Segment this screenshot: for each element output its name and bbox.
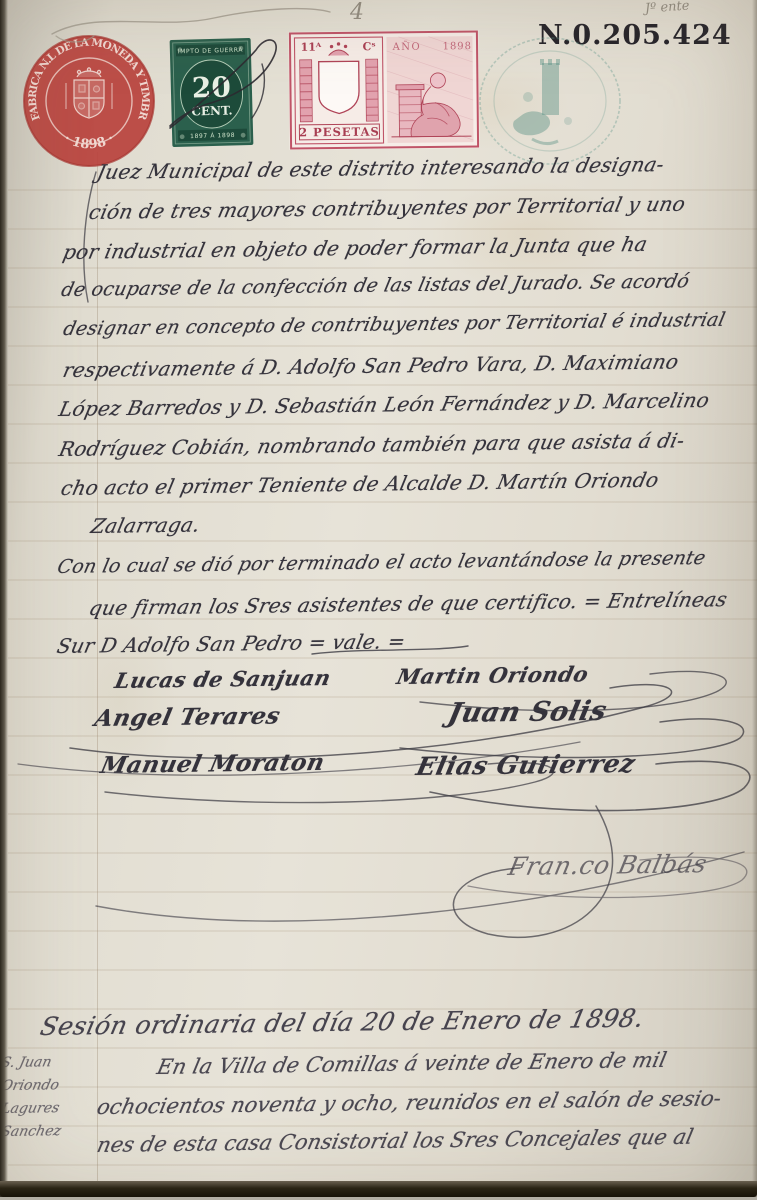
margin-attendee: Lagures bbox=[0, 1100, 61, 1117]
signature: Lucas de Sanjuan bbox=[113, 665, 334, 693]
revenue-year: 1898 bbox=[442, 41, 472, 52]
revenue-denomination: 2 PESETAS bbox=[299, 125, 380, 140]
signature: Manuel Moraton bbox=[98, 749, 327, 779]
tower-icon bbox=[513, 59, 572, 144]
signature: Angel Terares bbox=[92, 702, 283, 732]
war-tax-value: 20 bbox=[191, 70, 231, 104]
entry-line: Zalarraga. bbox=[89, 512, 203, 538]
revenue-stamp: 11ᴬ Cˢ 2 PESETAS AÑO 1898 bbox=[288, 30, 479, 150]
page-edge-right bbox=[752, 0, 757, 1200]
margin-attendee: Oriondo bbox=[0, 1077, 61, 1094]
revenue-year-label: AÑO bbox=[391, 41, 421, 53]
mint-seal: FABRICA N.L DE LA MONEDA Y TIMBRE · 1898… bbox=[18, 30, 160, 172]
pencil-note-right: Jº ente bbox=[645, 0, 690, 17]
signature: Martin Oriondo bbox=[395, 661, 592, 689]
signature: Juan Solis bbox=[445, 696, 609, 729]
war-tax-stamp: IMPTO DE GUERRA 20 CENT. 1897 Á 1898 bbox=[170, 38, 254, 147]
revenue-class-right: Cˢ bbox=[362, 40, 375, 53]
binding-edge bbox=[0, 0, 8, 1200]
margin-attendee: Sanchez bbox=[0, 1123, 63, 1140]
page-edge-bottom bbox=[0, 1181, 757, 1197]
war-tax-bottom-band: 1897 Á 1898 bbox=[190, 132, 235, 140]
closing-line: Sur D Adolfo San Pedro = vale. = bbox=[55, 629, 408, 658]
war-tax-unit: CENT. bbox=[191, 103, 233, 118]
revenue-class-left: 11ᴬ bbox=[300, 41, 321, 54]
pencil-note-center: 4 bbox=[350, 0, 364, 25]
document-page: N.0.205.424 4 Jº ente FABRICA N.L DE LA … bbox=[0, 0, 757, 1200]
signature: Elias Gutierrez bbox=[414, 749, 638, 781]
revenue-shield bbox=[319, 61, 360, 113]
secretary-signature: Fran.co Balbás bbox=[506, 849, 710, 881]
